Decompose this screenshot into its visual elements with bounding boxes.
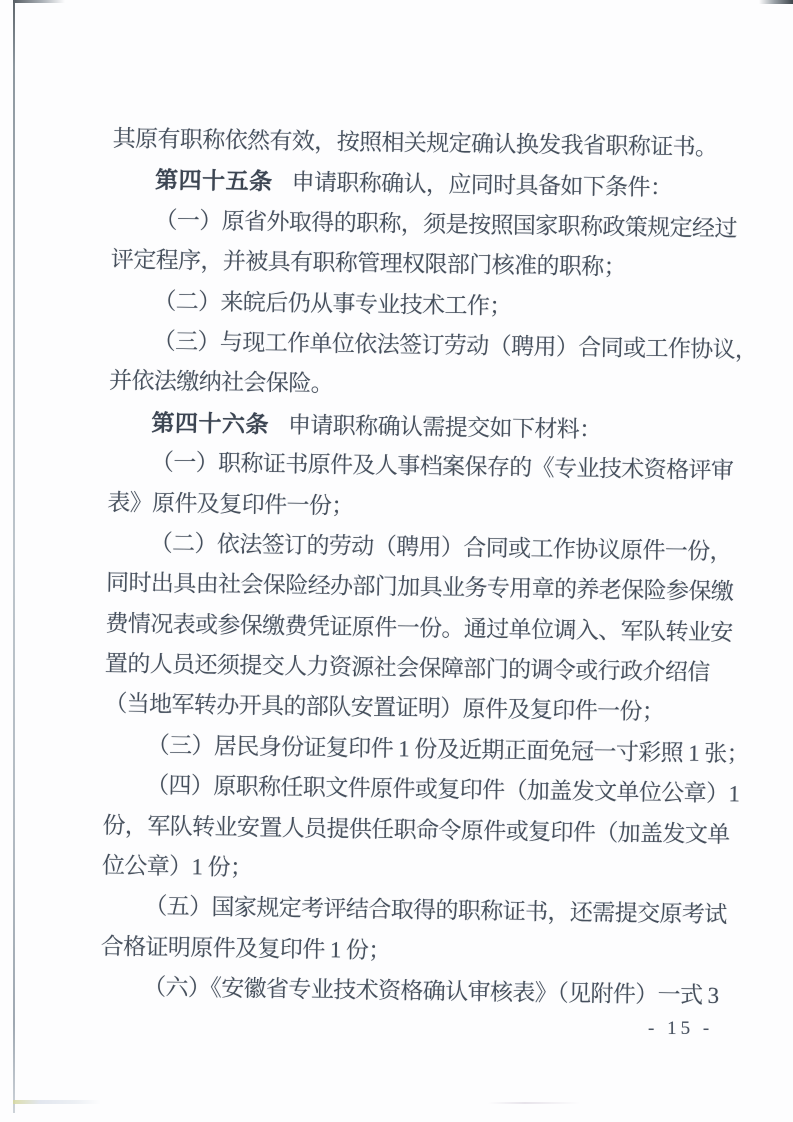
document-lines: 其原有职称依然有效，按照相关规定确认换发我省职称证书。第四十五条申请职称确认，应… (100, 119, 729, 1017)
scan-bottom-faint-smudge (488, 1102, 580, 1104)
line-text: 申请职称确认，应同时具备如下条件： (291, 170, 672, 201)
line-text: 并依法缴纳社会保险。 (109, 368, 333, 396)
line-text: （三）居民身份证复印件 1 份及近期正面免冠一寸彩照 1 张； (147, 732, 750, 766)
line-text: 置的人员还须提交人力资源社会保障部门的调令或行政介绍信 (105, 651, 710, 685)
text-line: （六）《安徽省专业技术资格确认审核表》（见附件）一式 3 (100, 967, 717, 1017)
line-text: 表》原件及复印件一份； (107, 489, 354, 518)
line-text: 合格证明原件及复印件 1 份； (101, 934, 391, 963)
scan-bottom-smudge (13, 1100, 101, 1104)
line-text: 评定程序，并被具有职称管理权限部门核准的职称； (111, 247, 627, 280)
scan-top-left-corner-mark (13, 0, 65, 3)
line-text: （四）原职称任职文件原件或复印件（加盖发文单位公章）1 (146, 773, 740, 807)
line-text: （六）《安徽省专业技术资格确认审核表》（见附件）一式 3 (143, 975, 719, 1009)
article-number-heading: 第四十五条 (155, 167, 273, 195)
line-text: 份，军队转业安置人员提供任职命令原件或复印件（加盖发文单 (102, 813, 730, 847)
scan-top-right-corner-mark (759, 0, 793, 4)
line-text: （一）职称证书原件及人事档案保存的《专业技术资格评审 (151, 450, 734, 484)
line-text: 其原有职称依然有效，按照相关规定确认换发我省职称证书。 (113, 126, 718, 160)
line-text: 同时出具由社会保险经办部门加具业务专用章的养老保险参保缴 (106, 570, 734, 604)
line-text: （一）原省外取得的职称，须是按照国家职称政策规定经过 (154, 207, 737, 241)
article-number-heading: 第四十六条 (151, 409, 269, 437)
line-text: 申请职称确认需提交如下材料： (288, 412, 602, 442)
scan-left-edge-line (13, 0, 15, 1113)
page-number: - 15 - (648, 1018, 713, 1040)
line-text: （五）国家规定考评结合取得的职称证书，还需提交原考试 (144, 894, 727, 928)
line-text: 费情况表或参保缴费凭证原件一份。通过单位调入、军队转业安 (105, 611, 733, 645)
line-text: （二）来皖后仍从事专业技术工作； (153, 288, 512, 318)
line-text: 位公章）1 份； (102, 853, 253, 880)
scanned-document-page: 其原有职称依然有效，按照相关规定确认换发我省职称证书。第四十五条申请职称确认，应… (0, 0, 793, 1122)
line-text: （当地军转办开具的部队安置证明）原件及复印件一份； (104, 691, 664, 724)
line-text: （二）依法签订的劳动（聘用）合同或工作协议原件一份， (150, 530, 733, 564)
line-text: （三）与现工作单位依法签订劳动（聘用）合同或工作协议， (153, 329, 758, 363)
